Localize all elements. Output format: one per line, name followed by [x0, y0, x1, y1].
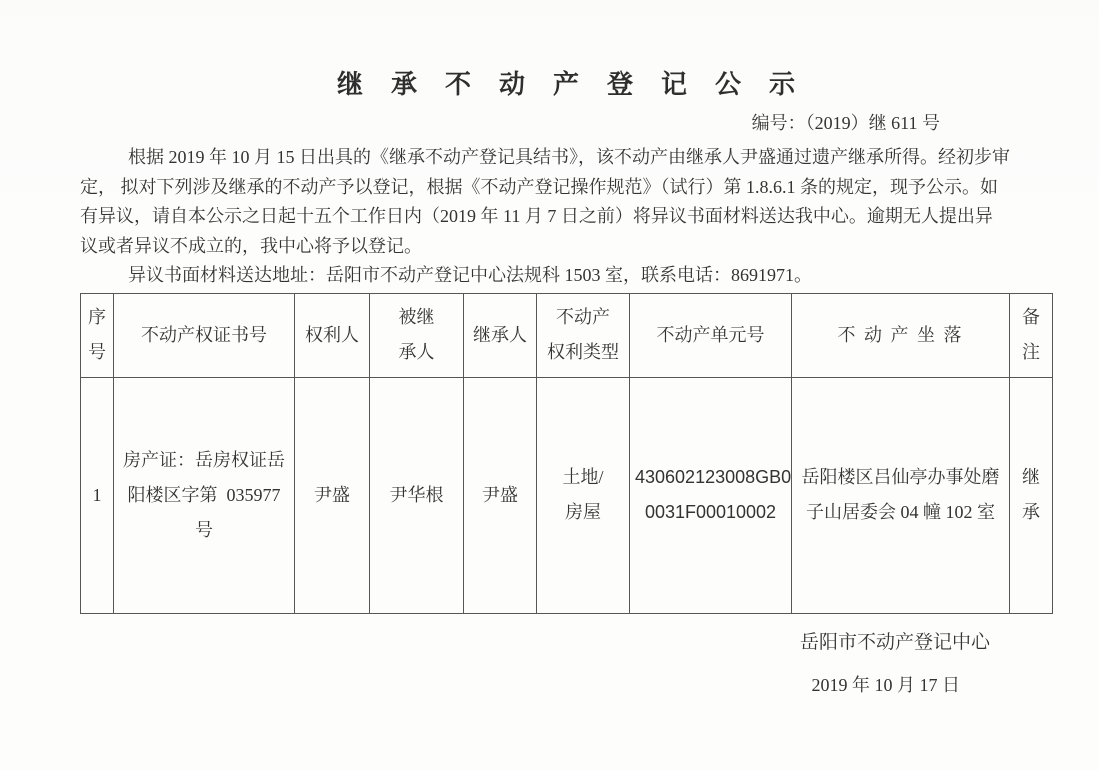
col-header-right-type: 不动产 权利类型 [537, 293, 630, 377]
notice-line-3: 有异议，请自本公示之日起十五个工作日内（2019 年 11 月 7 日之前）将异… [80, 202, 1052, 232]
document-number: 编号：（2019）继 611 号 [80, 109, 1052, 135]
cell-cert-no: 房产证：岳房权证岳 阳楼区字第 035977 号 [114, 377, 295, 613]
col-header-location: 不 动 产 坐 落 [792, 293, 1010, 377]
col-header-cert-no: 不动产权证书号 [114, 293, 295, 377]
col-header-unit-no: 不动产单元号 [630, 293, 792, 377]
cell-right-type: 土地/ 房屋 [537, 377, 630, 613]
cell-remark: 继 承 [1010, 377, 1053, 613]
col-header-decedent: 被继 承人 [370, 293, 464, 377]
notice-line-1: 根据 2019 年 10 月 15 日出具的《继承不动产登记具结书》，该不动产由… [80, 143, 1052, 173]
page-title: 继承不动产登记公示 [80, 64, 1052, 101]
cell-seq: 1 [81, 377, 114, 613]
col-header-seq: 序 号 [81, 293, 114, 377]
cell-location: 岳阳楼区吕仙亭办事处磨 子山居委会 04 幢 102 室 [792, 377, 1010, 613]
col-header-right-holder: 权利人 [295, 293, 370, 377]
signature-org: 岳阳市不动产登记中心 [80, 627, 1052, 654]
table-row: 1 房产证：岳房权证岳 阳楼区字第 035977 号 尹盛 尹华根 尹盛 土地/… [81, 377, 1053, 613]
notice-line-2: 定， 拟对下列涉及继承的不动产予以登记，根据《不动产登记操作规范》（试行）第 1… [80, 173, 1052, 203]
cell-decedent: 尹华根 [370, 377, 464, 613]
document-page: 继承不动产登记公示 编号：（2019）继 611 号 根据 2019 年 10 … [0, 0, 1099, 770]
notice-line-4: 议或者异议不成立的，我中心将予以登记。 [80, 232, 1052, 262]
registration-table: 序 号 不动产权证书号 权利人 被继 承人 继承人 不动产 权利类型 不动产单元… [80, 293, 1053, 614]
cell-heir: 尹盛 [464, 377, 537, 613]
cell-right-holder: 尹盛 [295, 377, 370, 613]
col-header-heir: 继承人 [464, 293, 537, 377]
notice-body: 根据 2019 年 10 月 15 日出具的《继承不动产登记具结书》，该不动产由… [80, 143, 1052, 291]
cell-unit-no: 430602123008GB0 0031F00010002 [630, 377, 792, 613]
table-header-row: 序 号 不动产权证书号 权利人 被继 承人 继承人 不动产 权利类型 不动产单元… [81, 293, 1053, 377]
col-header-remark: 备 注 [1010, 293, 1053, 377]
signature-block: 岳阳市不动产登记中心 2019 年 10 月 17 日 [80, 627, 1052, 697]
signature-date: 2019 年 10 月 17 日 [80, 671, 1052, 697]
address-line: 异议书面材料送达地址：岳阳市不动产登记中心法规科 1503 室，联系电话：869… [80, 261, 1052, 291]
